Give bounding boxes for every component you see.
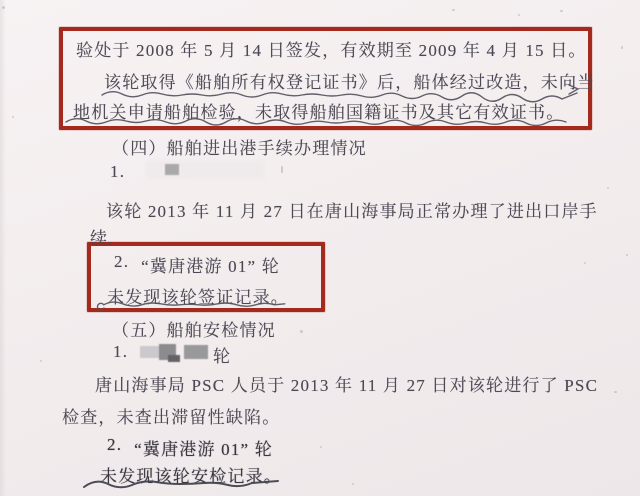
- section-5-item-1-number: 1.: [113, 342, 128, 362]
- section-4-heading: （四）船舶进出港手续办理情况: [112, 134, 367, 159]
- scan-speck: [12, 116, 14, 118]
- wavy-underline-3: [94, 298, 306, 314]
- doc-line-port-entry-exit-cont: 续.: [90, 224, 114, 249]
- section-4-item-2-ship-name: “冀唐港游 01” 轮: [141, 252, 280, 277]
- section-5-item-2-row: 2. “冀唐港游 01” 轮: [107, 435, 273, 460]
- scan-speck: [281, 166, 283, 173]
- scan-speck: [621, 46, 623, 49]
- mosaic-block: [140, 346, 160, 358]
- mosaic-block: [184, 345, 208, 359]
- redacted-ship-name-blur: [146, 161, 264, 178]
- scan-speck: [614, 391, 617, 393]
- wavy-underline-2: [64, 113, 572, 129]
- wavy-underline-4: [82, 474, 282, 494]
- redaction-square: [165, 164, 179, 175]
- scan-speck: [2, 6, 5, 9]
- scan-speck: [320, 446, 322, 448]
- section-5-item-1-suffix: 轮: [213, 342, 231, 367]
- scan-speck: [452, 9, 455, 11]
- mosaic-block: [168, 355, 180, 362]
- scanned-document-page: 验处于 2008 年 5 月 14 日签发，有效期至 2009 年 4 月 15…: [0, 0, 640, 496]
- redacted-ship-name-mosaic: [140, 344, 208, 363]
- section-4-item-1-number: 1.: [110, 162, 125, 182]
- section-4-item-2-number: 2.: [114, 252, 129, 277]
- doc-line-psc-inspection-cont: 检查，未查出滞留性缺陷。: [62, 403, 280, 428]
- doc-line-certificate-validity: 验处于 2008 年 5 月 14 日签发，有效期至 2009 年 4 月 15…: [76, 36, 587, 61]
- section-4-item-2-row: 2. “冀唐港游 01” 轮: [114, 252, 280, 277]
- scan-speck: [352, 483, 354, 485]
- scan-speck: [40, 360, 42, 362]
- wavy-underline-1: [100, 84, 595, 108]
- section-5-item-2-number: 2.: [107, 435, 122, 460]
- doc-line-port-entry-exit: 该轮 2013 年 11 月 27 日在唐山海事局正常办理了进出口岸手: [106, 197, 598, 222]
- section-5-heading: （五）船舶安检情况: [112, 316, 276, 341]
- doc-line-psc-inspection: 唐山海事局 PSC 人员于 2013 年 11 月 27 日对该轮进行了 PSC: [95, 371, 598, 396]
- scan-speck: [560, 10, 563, 12]
- scan-speck: [518, 14, 520, 16]
- scan-speck: [300, 330, 303, 333]
- scan-speck: [607, 187, 609, 189]
- section-5-item-2-ship-name: “冀唐港游 01” 轮: [134, 435, 273, 460]
- scan-speck: [626, 254, 628, 256]
- scan-speck: [584, 262, 586, 264]
